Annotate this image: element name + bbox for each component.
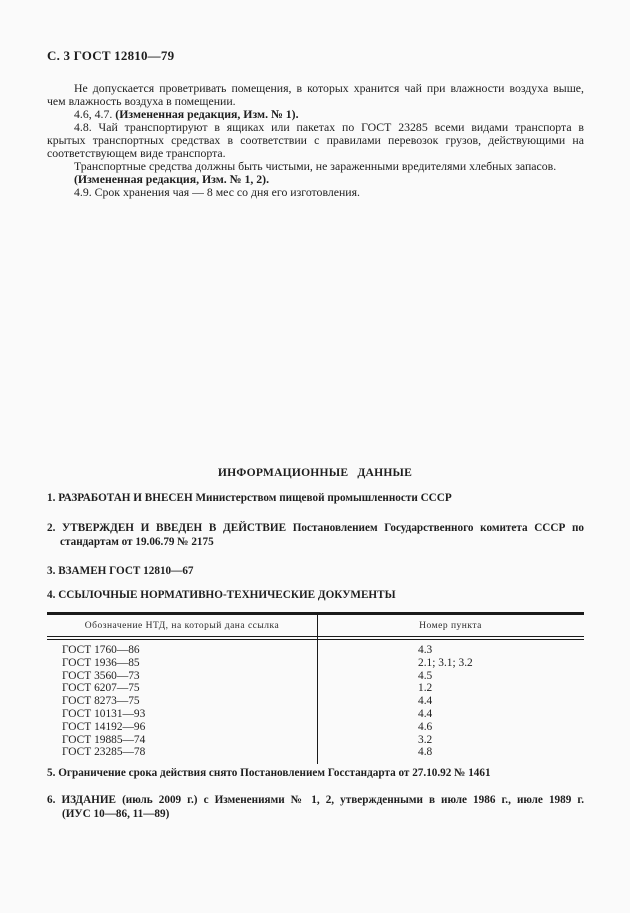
table-cell-punkt: 3.2 [317, 734, 584, 747]
table-cell-gost: ГОСТ 1760—86 [47, 644, 317, 657]
table-row: ГОСТ 14192—964.6 [47, 721, 584, 734]
info-item-2: 2. УТВЕРЖДЕН И ВВЕДЕН В ДЕЙСТВИЕ Постано… [47, 522, 584, 549]
info-item-6-line2: (ИУС 10—86, 11—89) [47, 808, 584, 822]
amended-46-47-prefix: 4.6, 4.7. [74, 107, 115, 121]
table-cell-punkt: 4.3 [317, 644, 584, 657]
table-row: ГОСТ 1760—864.3 [47, 644, 584, 657]
table-cell-gost: ГОСТ 1936—85 [47, 657, 317, 670]
references-table: Обозначение НТД, на который дана ссылка … [47, 612, 584, 764]
table-cell-gost: ГОСТ 19885—74 [47, 734, 317, 747]
info-item-2-line1: 2. УТВЕРЖДЕН И ВВЕДЕН В ДЕЙСТВИЕ Постано… [47, 522, 584, 536]
table-row: ГОСТ 3560—734.5 [47, 670, 584, 683]
table-cell-gost: ГОСТ 23285—78 [47, 746, 317, 759]
info-item-6: 6. ИЗДАНИЕ (июль 2009 г.) с Изменениями … [47, 794, 584, 821]
table-cell-gost: ГОСТ 8273—75 [47, 695, 317, 708]
info-item-3: 3. ВЗАМЕН ГОСТ 12810—67 [47, 565, 584, 579]
table-header-ntd: Обозначение НТД, на который дана ссылка [47, 621, 317, 631]
table-row: ГОСТ 6207—751.2 [47, 682, 584, 695]
table-row: ГОСТ 1936—852.1; 3.1; 3.2 [47, 657, 584, 670]
section-4-text: Не допускается проветривать помещения, в… [47, 82, 584, 199]
info-item-1: 1. РАЗРАБОТАН И ВНЕСЕН Министерством пищ… [47, 492, 584, 506]
table-cell-gost: ГОСТ 14192—96 [47, 721, 317, 734]
table-column-divider [317, 615, 318, 764]
table-row: ГОСТ 23285—784.8 [47, 746, 584, 759]
table-header-row: Обозначение НТД, на который дана ссылка … [47, 615, 584, 640]
table-row: ГОСТ 19885—743.2 [47, 734, 584, 747]
table-body: ГОСТ 1760—864.3 ГОСТ 1936—852.1; 3.1; 3.… [47, 640, 584, 764]
paragraph-shelf-life: 4.9. Срок хранения чая — 8 мес со дня ег… [47, 186, 584, 199]
table-cell-gost: ГОСТ 10131—93 [47, 708, 317, 721]
table-cell-gost: ГОСТ 3560—73 [47, 670, 317, 683]
page-header: С. 3 ГОСТ 12810—79 [47, 48, 174, 64]
table-cell-gost: ГОСТ 6207—75 [47, 682, 317, 695]
info-item-6-line1: 6. ИЗДАНИЕ (июль 2009 г.) с Изменениями … [47, 794, 584, 808]
table-cell-punkt: 2.1; 3.1; 3.2 [317, 657, 584, 670]
table-cell-punkt: 4.8 [317, 746, 584, 759]
info-item-2-line2: стандартам от 19.06.79 № 2175 [47, 536, 584, 550]
table-cell-punkt: 4.4 [317, 708, 584, 721]
info-item-5: 5. Ограничение срока действия снято Пост… [47, 767, 584, 781]
table-cell-punkt: 1.2 [317, 682, 584, 695]
info-data-heading: ИНФОРМАЦИОННЫЕ ДАННЫЕ [0, 466, 630, 479]
table-cell-punkt: 4.4 [317, 695, 584, 708]
table-cell-punkt: 4.6 [317, 721, 584, 734]
table-cell-punkt: 4.5 [317, 670, 584, 683]
document-page: С. 3 ГОСТ 12810—79 Не допускается провет… [0, 0, 630, 913]
table-row: ГОСТ 8273—754.4 [47, 695, 584, 708]
amended-46-47-bold: (Измененная редакция, Изм. № 1). [115, 107, 298, 121]
info-item-4: 4. ССЫЛОЧНЫЕ НОРМАТИВНО-ТЕХНИЧЕСКИЕ ДОКУ… [47, 589, 584, 603]
table-row: ГОСТ 10131—934.4 [47, 708, 584, 721]
table-header-punkt: Номер пункта [317, 621, 584, 631]
